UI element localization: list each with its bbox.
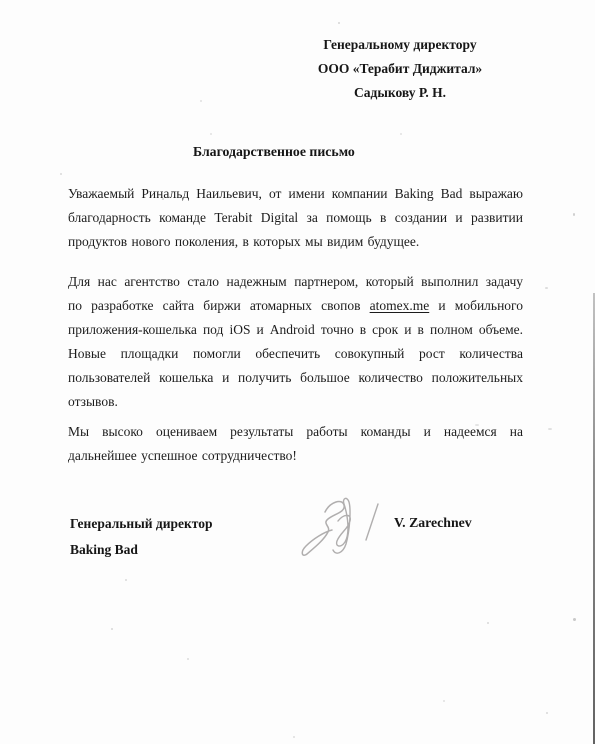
- paragraph-2-line: приложения-кошелька под iOS и Android то…: [68, 318, 523, 342]
- signatory-block: Генеральный директор Baking Bad: [70, 511, 212, 562]
- paragraph-1: Уважаемый Ринальд Наильевич, от имени ко…: [68, 182, 523, 254]
- paragraph-2-line: отзывов.: [68, 390, 523, 414]
- atomex-link[interactable]: atomex.me: [370, 298, 430, 313]
- recipient-block: Генеральному директору ООО «Терабит Дидж…: [305, 33, 495, 105]
- paragraph-3-line: дальнейшее успешное сотрудничество!: [68, 444, 523, 468]
- signee-name: V. Zarechnev: [394, 513, 472, 533]
- signature-handwriting-icon: [298, 490, 393, 565]
- letter-title: Благодарственное письмо: [193, 142, 355, 162]
- paragraph-3: Мы высоко оцениваем результаты работы ко…: [68, 420, 523, 468]
- paragraph-1-line: благодарность команде Terabit Digital за…: [68, 206, 523, 230]
- paragraph-2-line: Новые площадки помогли обеспечить совоку…: [68, 342, 523, 366]
- scanned-letter-page: Генеральному директору ООО «Терабит Дидж…: [0, 0, 595, 744]
- paragraph-1-line: Уважаемый Ринальд Наильевич, от имени ко…: [68, 182, 523, 206]
- paragraph-2-line: по разработке сайта биржи атомарных своп…: [68, 294, 523, 318]
- paragraph-2-line2-post: и мобильного: [429, 298, 523, 313]
- signatory-position: Генеральный директор: [70, 511, 212, 537]
- recipient-line-name: Садыкову Р. Н.: [305, 81, 495, 105]
- recipient-line-company: ООО «Терабит Диджитал»: [305, 57, 495, 81]
- recipient-line-position: Генеральному директору: [305, 33, 495, 57]
- signatory-company: Baking Bad: [70, 537, 212, 563]
- paragraph-2: Для нас агентство стало надежным партнер…: [68, 270, 523, 414]
- paragraph-3-line: Мы высоко оцениваем результаты работы ко…: [68, 420, 523, 444]
- paragraph-2-line: пользователей кошелька и получить большо…: [68, 366, 523, 390]
- paragraph-1-line: продуктов нового поколения, в которых мы…: [68, 230, 523, 254]
- paragraph-2-line: Для нас агентство стало надежным партнер…: [68, 270, 523, 294]
- paragraph-2-line2-pre: по разработке сайта биржи атомарных своп…: [68, 298, 370, 313]
